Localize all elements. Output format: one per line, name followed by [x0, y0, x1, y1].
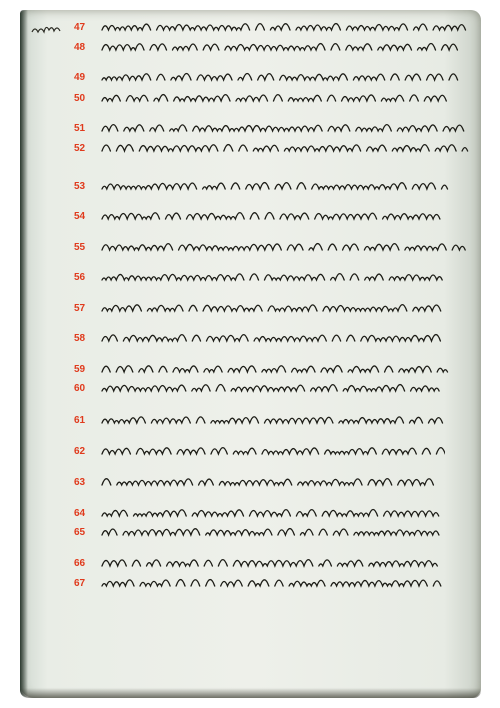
line-number: 49	[74, 72, 85, 83]
line-number: 52	[74, 143, 85, 154]
line-number: 50	[74, 93, 85, 104]
line-number: 64	[74, 508, 85, 519]
line-number: 60	[74, 383, 85, 394]
handwritten-line	[100, 327, 445, 349]
line-number: 55	[74, 242, 85, 253]
handwritten-line	[100, 377, 445, 399]
margin-annotation	[30, 22, 64, 36]
line-number: 67	[74, 578, 85, 589]
handwritten-line	[100, 175, 455, 197]
line-number: 66	[74, 558, 85, 569]
manuscript-page	[20, 10, 481, 698]
handwritten-line	[100, 137, 470, 159]
handwritten-line	[100, 117, 470, 139]
line-number: 51	[74, 123, 85, 134]
handwritten-line	[100, 552, 445, 574]
handwritten-line	[100, 36, 470, 58]
line-number: 58	[74, 333, 85, 344]
handwritten-line	[100, 236, 470, 258]
handwritten-line	[100, 266, 445, 288]
handwritten-line	[100, 87, 460, 109]
handwritten-line	[100, 297, 445, 319]
handwritten-line	[100, 16, 470, 38]
handwritten-line	[100, 409, 445, 431]
handwritten-line	[100, 205, 445, 227]
line-number: 56	[74, 272, 85, 283]
line-number: 59	[74, 364, 85, 375]
line-number: 53	[74, 181, 85, 192]
line-number: 47	[74, 22, 85, 33]
line-number: 48	[74, 42, 85, 53]
handwritten-line	[100, 471, 445, 493]
line-number: 54	[74, 211, 85, 222]
handwritten-line	[100, 521, 445, 543]
handwritten-line	[100, 66, 470, 88]
line-number: 62	[74, 446, 85, 457]
line-number: 61	[74, 415, 85, 426]
handwritten-line	[100, 440, 445, 462]
line-number: 65	[74, 527, 85, 538]
handwritten-line	[100, 572, 445, 594]
line-number: 57	[74, 303, 85, 314]
line-number: 63	[74, 477, 85, 488]
